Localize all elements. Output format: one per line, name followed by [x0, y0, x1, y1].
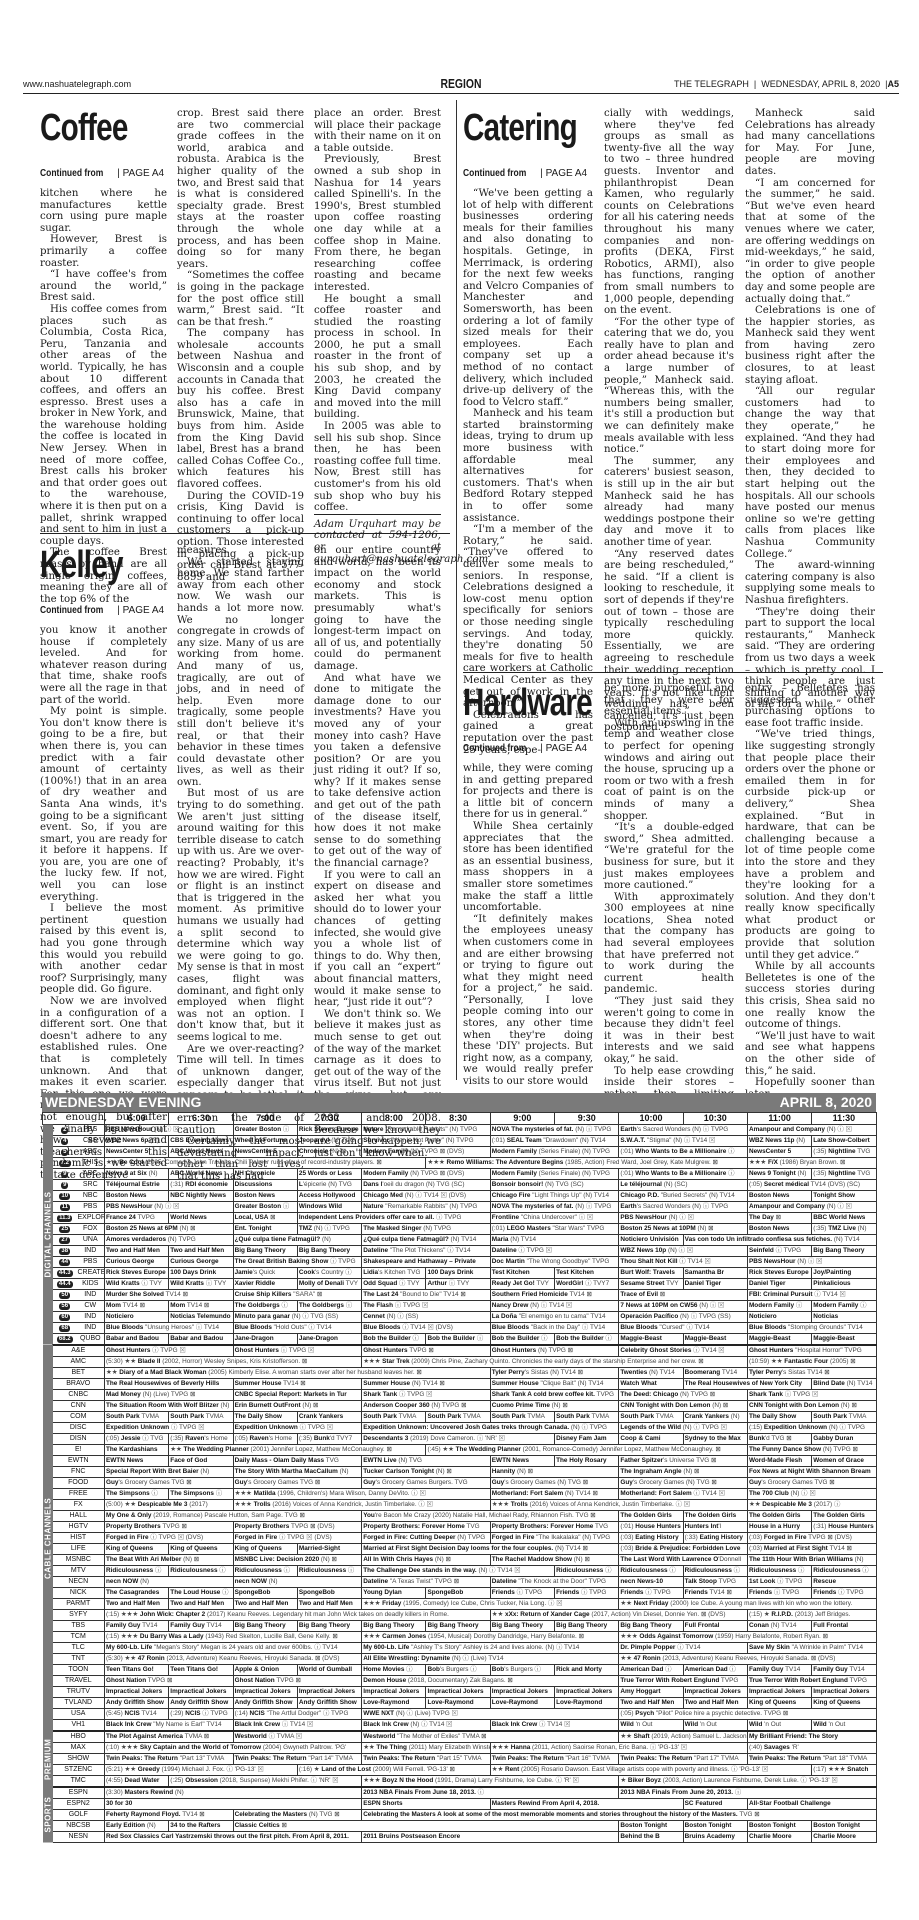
program-listing[interactable]: EWTN News [105, 1456, 169, 1467]
program-listing[interactable]: NewsCenter 5 [747, 1147, 811, 1158]
program-listing[interactable]: All Elite Wrestling: Dynamite (N) ⓘ (Liv… [362, 1654, 619, 1665]
program-listing[interactable]: Love-Raymond [426, 1698, 490, 1709]
program-listing[interactable]: Test Kitchen [490, 1268, 554, 1279]
program-listing[interactable]: Black Ink Crew (N) ⓘ TV14 ⊠ [362, 1720, 491, 1732]
program-listing[interactable]: Nature "Remarkable Rabbits" (N) TVPG [362, 1202, 491, 1213]
continued-page[interactable]: PAGE A4 [546, 743, 588, 754]
program-listing[interactable]: Mom TV14 ⊠ [105, 1301, 169, 1312]
program-listing[interactable]: (:05) Secret médical TV14 (DVS) (SC) [747, 1180, 876, 1191]
program-listing[interactable]: Survivor "War Is Not Pretty" (N) TVPG [362, 1136, 491, 1147]
program-listing[interactable]: Big Bang Theory [297, 1246, 361, 1257]
program-listing[interactable]: Boston 25 News at 6PM (N) ⊠ [105, 1224, 234, 1235]
program-listing[interactable]: ★★ Shaft (2019, Action) Samuel L. Jackso… [619, 1731, 748, 1743]
program-listing[interactable]: Guy's Grocery Games TVG ⊠ [747, 1478, 876, 1489]
program-listing[interactable]: necn News-10 [619, 1577, 683, 1588]
program-listing[interactable]: ABC World News [169, 1147, 233, 1158]
program-listing[interactable]: Summer House TV14 ⊠ [233, 1379, 362, 1390]
program-listing[interactable]: (10:59) ★★ Fantastic Four (2005) ⊠ [747, 1357, 876, 1368]
program-listing[interactable]: Late Show-Colbert [812, 1136, 876, 1147]
program-listing[interactable]: My 600-Lb. Life "Megan's Story" Megan is… [105, 1643, 362, 1654]
program-listing[interactable]: ★★ Next Friday (2000) Ice Cube. A young … [619, 1599, 876, 1610]
program-listing[interactable]: Test Kitchen [555, 1268, 619, 1279]
program-listing[interactable]: ★★ The Wedding Planner (2001) Jennifer L… [169, 1445, 426, 1456]
program-listing[interactable]: Wild 'n Out [747, 1720, 811, 1732]
program-listing[interactable]: Early Edition (N) [105, 1821, 169, 1832]
program-listing[interactable]: Impractical Jokers [812, 1687, 876, 1698]
program-listing[interactable]: Big Bang Theory [555, 1621, 619, 1632]
program-listing[interactable]: Teen Titans Go! [169, 1665, 233, 1676]
program-listing[interactable]: Two and Half Men [297, 1599, 361, 1610]
program-listing[interactable]: L'épicerie (N) TVG [297, 1180, 361, 1191]
program-listing[interactable]: Married-Sight [297, 1544, 361, 1555]
program-listing[interactable]: Rick and Morty [555, 1665, 619, 1676]
program-listing[interactable]: Noticias Telemundo [169, 1312, 233, 1323]
program-listing[interactable]: Forged in Fire ⓘ TVPG ⊠ (DVS) [233, 1533, 362, 1544]
program-listing[interactable]: CNN Tonight with Don Lemon (N) ⊠ [747, 1401, 876, 1412]
program-listing[interactable]: Teen Titans Go! [105, 1665, 169, 1676]
program-listing[interactable]: NOVA The mysteries of fat. (N) ⓘ TVPG [490, 1202, 619, 1213]
program-listing[interactable]: Impractical Jokers [362, 1687, 426, 1698]
program-listing[interactable]: Cennet (N) ⓘ (SS) [362, 1312, 491, 1323]
program-listing[interactable]: CBS Evening News [169, 1136, 233, 1147]
program-listing[interactable]: ★★★ Trolls (2016) Voices of Anna Kendric… [233, 1500, 490, 1511]
program-listing[interactable]: NH Chronicle [233, 1169, 297, 1180]
program-listing[interactable]: Family Guy TV14 [105, 1621, 169, 1632]
program-listing[interactable]: (4:55) Dead Water [105, 1776, 169, 1788]
program-listing[interactable]: Celebrating the Masters (N) TVG ⊠ [233, 1810, 362, 1821]
program-listing[interactable]: Wild 'n Out [619, 1720, 683, 1732]
program-listing[interactable]: Property Brothers: Forever Home TVG [362, 1522, 491, 1533]
program-listing[interactable]: Forged in Fire ⓘ TVPG ⊠ (DVS) [105, 1533, 234, 1544]
program-listing[interactable]: (:01) Who Wants to Be a Millionaire ⓘ [619, 1169, 748, 1180]
program-listing[interactable]: ¿Qué culpa tiene Fatmagül? (N) [233, 1235, 362, 1246]
program-listing[interactable]: Fox News at Night With Shannon Bream [747, 1467, 876, 1478]
program-listing[interactable]: Hunters Int'l [683, 1522, 747, 1533]
program-listing[interactable]: Amores verdaderos (N) TVPG [105, 1235, 234, 1246]
program-listing[interactable]: SC Featured [683, 1799, 747, 1810]
program-listing[interactable]: Property Brothers TVPG ⊠ [105, 1522, 234, 1533]
program-listing[interactable]: Property Brothers TVPG ⊠ (DVS) [233, 1522, 362, 1533]
program-listing[interactable]: Chicago P.D. "Buried Secrets" (N) TV14 [619, 1191, 748, 1202]
program-listing[interactable]: Local, USA ⊠ [233, 1213, 297, 1224]
program-listing[interactable]: Impractical Jokers [426, 1687, 490, 1698]
program-listing[interactable]: Windows Wild [297, 1202, 361, 1213]
program-listing[interactable]: PBS NewsHour (N) ⓘ ⊠ [105, 1202, 234, 1213]
program-listing[interactable]: King of Queens [812, 1698, 876, 1709]
program-listing[interactable]: The Last 24 "Bound to Die" TV14 ⊠ [362, 1290, 491, 1301]
program-listing[interactable]: Doc Martin "The Wrong Goodbye" TVPG [490, 1257, 619, 1268]
program-listing[interactable]: Dr. Pimple Popper ⓘ TV14 [619, 1643, 748, 1654]
program-listing[interactable]: Rick Steves Europe [297, 1125, 361, 1136]
program-listing[interactable]: Big Bang Theory [812, 1246, 876, 1257]
program-listing[interactable]: (:35) Bunk'd TVY7 [297, 1434, 361, 1445]
program-listing[interactable]: (:15) ★★★ Du Barry Was a Lady (1943) Red… [105, 1632, 362, 1643]
program-listing[interactable]: Tonight Show [812, 1191, 876, 1202]
program-listing[interactable]: EWTN News [490, 1456, 554, 1467]
program-listing[interactable]: Ghost Nation TVPG ⊠ [233, 1676, 362, 1687]
program-listing[interactable]: Blue Bloods "Hold Outs" ⓘ TV14 [233, 1323, 362, 1334]
program-listing[interactable]: (:05) Jessie ⓘ TVG [105, 1434, 169, 1445]
program-listing[interactable]: Forged in Fire: Cutting Deeper (N) TVPG [362, 1533, 491, 1544]
program-listing[interactable]: necn NOW (N) [233, 1577, 362, 1588]
program-listing[interactable]: Impractical Jokers [747, 1687, 811, 1698]
program-listing[interactable]: (:29) NCIS ⓘ TVPG [169, 1709, 233, 1720]
program-listing[interactable]: Big Bang Theory [233, 1621, 297, 1632]
program-listing[interactable]: (:31) House Hunters [812, 1522, 876, 1533]
program-listing[interactable]: The Story With Martha MacCallum (N) [233, 1467, 362, 1478]
program-listing[interactable]: Young Dylan [362, 1588, 426, 1599]
program-listing[interactable]: South Park TVMA [812, 1412, 876, 1423]
program-listing[interactable]: 100 Days Drink [169, 1268, 233, 1279]
program-listing[interactable]: Apple & Onion [233, 1665, 297, 1676]
program-listing[interactable]: Modern Family ⓘ [812, 1301, 876, 1312]
program-listing[interactable]: FBI: Criminal Pursuit ⓘ TV14 ⊠ [747, 1290, 876, 1301]
program-listing[interactable]: Maggie-Beast [747, 1334, 811, 1346]
program-listing[interactable]: Talk Stoop TVPG [683, 1577, 747, 1588]
program-listing[interactable]: Amanpour and Company (N) ⓘ ⊠ [747, 1202, 876, 1213]
program-listing[interactable]: Word-Made Flesh [747, 1456, 811, 1467]
program-listing[interactable]: (:03) Eating History [619, 1533, 683, 1544]
program-listing[interactable]: (:01) Who Wants to Be a Millionaire ⓘ [619, 1147, 748, 1158]
program-listing[interactable]: Guy's Grocery Games TVG ⊠ [233, 1478, 362, 1489]
program-listing[interactable]: (:35) Raven's Home [169, 1434, 233, 1445]
program-listing[interactable]: (:25) Obsession (2018, Suspense) Mekhi P… [169, 1776, 362, 1788]
program-listing[interactable]: Full Frontal [812, 1621, 876, 1632]
program-listing[interactable]: Boston 25 News at 10PM (N) ⊠ [619, 1224, 748, 1235]
program-listing[interactable]: Sydney to the Max [683, 1434, 747, 1445]
program-listing[interactable]: Curious George [105, 1257, 169, 1268]
program-listing[interactable]: ★★ 47 Ronin (2013, Adventure) Keanu Reev… [619, 1654, 876, 1665]
program-listing[interactable]: Home Movies ⓘ [362, 1665, 426, 1676]
program-listing[interactable]: S.W.A.T. "Stigma" (N) ⓘ TV14 ⊠ [619, 1136, 748, 1147]
program-listing[interactable]: Friends TV14 ⊠ [683, 1588, 747, 1599]
program-listing[interactable]: ★★★ F/X (1986) Bryan Brown. ⊠ [747, 1158, 876, 1169]
program-listing[interactable]: WordGirl ⓘ TVY7 [555, 1279, 619, 1290]
program-listing[interactable]: Conan (N) TV14 [747, 1621, 811, 1632]
program-listing[interactable]: Ridiculousness ⓘ [619, 1566, 683, 1577]
program-listing[interactable]: True Terror With Robert Englund TVPG [747, 1676, 876, 1687]
program-listing[interactable]: The Golden Girls [747, 1511, 811, 1522]
program-listing[interactable]: Twin Peaks: The Return "Part 14" TVMA [233, 1754, 362, 1765]
program-listing[interactable]: Pinkalicious [812, 1279, 876, 1290]
program-listing[interactable]: Family Guy TV14 [747, 1665, 811, 1676]
program-listing[interactable]: My Brilliant Friend: The Story [747, 1731, 876, 1743]
program-listing[interactable]: Andy Griffith Show [297, 1698, 361, 1709]
program-listing[interactable]: Guy's Grocery Games (N) TVG ⊠ [490, 1478, 619, 1489]
program-listing[interactable]: Two and Half Men [105, 1246, 169, 1257]
program-listing[interactable]: Access Hollywood [297, 1191, 361, 1202]
program-listing[interactable]: Impractical Jokers [297, 1687, 361, 1698]
program-listing[interactable]: The 11th Hour With Brian Williams (N) [747, 1555, 876, 1566]
program-listing[interactable]: South Park TVMA [426, 1412, 490, 1423]
program-listing[interactable]: The Holy Rosary [555, 1456, 619, 1467]
program-listing[interactable]: (:16) ★ Land of the Lost (2009) Will Fer… [297, 1765, 490, 1776]
program-listing[interactable]: The 700 Club (N) ⓘ ⊠ [747, 1489, 876, 1500]
program-listing[interactable]: (:03) Bride & Prejudice: Forbidden Love [619, 1544, 748, 1555]
program-listing[interactable]: Blue Bloods ⓘ TV14 ⊠ (DVS) [362, 1323, 491, 1334]
program-listing[interactable]: (5:30) ★★ 47 Ronin (2013, Adventure) Kea… [105, 1654, 362, 1665]
program-listing[interactable]: Maria (N) TV14 [490, 1235, 619, 1246]
program-listing[interactable]: Boston Tonight [683, 1821, 747, 1832]
program-listing[interactable]: King of Queens [169, 1544, 233, 1555]
program-listing[interactable]: The Loud House ⓘ [169, 1588, 233, 1599]
program-listing[interactable]: Andy Griffith Show [169, 1698, 233, 1709]
program-listing[interactable]: PBS NewsHour (N) ⓘ ⊠ [105, 1125, 234, 1136]
program-listing[interactable]: (:10) ★★★ Sky Captain and the World of T… [105, 1743, 362, 1754]
program-listing[interactable]: Dateline ⓘ TVPG ⊠ [490, 1246, 619, 1257]
program-listing[interactable]: WWE NXT (N) ⓘ (Live) TVPG ⊠ [362, 1709, 619, 1720]
program-listing[interactable]: SpongeBob [426, 1588, 490, 1599]
program-listing[interactable]: Daily Mass - Olam Daily Mass TVG [233, 1456, 362, 1467]
program-listing[interactable]: Black Ink Crew ⓘ TV14 ⊠ [233, 1720, 362, 1732]
program-listing[interactable]: (:35) Nightline TVG [812, 1147, 876, 1158]
program-listing[interactable]: (:15) Expedition Unknown (N) ⓘ TVPG [747, 1423, 876, 1434]
program-listing[interactable]: necn NOW (N) [105, 1577, 234, 1588]
program-listing[interactable]: Westworld "The Mother of Exiles" TVMA ⊠ [362, 1731, 619, 1743]
program-listing[interactable]: Face of God [169, 1456, 233, 1467]
program-listing[interactable]: ★★★ Hanna (2011, Action) Saoirse Ronan, … [490, 1743, 747, 1754]
program-listing[interactable]: Xavier Riddle [233, 1279, 297, 1290]
program-listing[interactable]: True Terror With Robert Englund TVPG [619, 1676, 748, 1687]
program-listing[interactable]: Impractical Jokers [683, 1687, 747, 1698]
program-listing[interactable]: The Real Housewives of New York City [683, 1379, 812, 1390]
program-listing[interactable]: Friends ⓘ TVPG [555, 1588, 619, 1599]
program-listing[interactable]: Motherland: Fort Salem (N) TV14 ⊠ [490, 1489, 619, 1500]
program-listing[interactable]: Two and Half Men [169, 1599, 233, 1610]
program-listing[interactable]: The Casagrandes [105, 1588, 169, 1599]
program-listing[interactable]: Love-Raymond [555, 1698, 619, 1709]
program-listing[interactable]: CNN Tonight with Don Lemon (N) ⊠ [619, 1401, 748, 1412]
program-listing[interactable]: Shark Tank A cold brew coffee kit. TVPG [490, 1390, 619, 1401]
program-listing[interactable]: Maggie-Beast [619, 1334, 683, 1346]
program-listing[interactable]: American Dad ⓘ [683, 1665, 747, 1676]
program-listing[interactable]: Maggie-Beast [812, 1334, 876, 1346]
program-listing[interactable]: Earth's Sacred Wonders (N) ⓘ TVPG [619, 1125, 748, 1136]
program-listing[interactable]: (:45) ★★ The Wedding Planner (2001, Roma… [426, 1445, 747, 1456]
program-listing[interactable]: The Situation Room With Wolf Blitzer (N) [105, 1401, 234, 1412]
program-listing[interactable]: WBZ News 11p (N) [747, 1136, 811, 1147]
program-listing[interactable]: Coop & Cami [619, 1434, 683, 1445]
program-listing[interactable]: NOVA The mysteries of fat. (N) ⓘ TVPG [490, 1125, 619, 1136]
program-listing[interactable]: The Golden Girls [683, 1511, 747, 1522]
program-listing[interactable]: Love-Raymond [490, 1698, 554, 1709]
program-listing[interactable]: Bob's Burgers ⓘ [426, 1665, 490, 1676]
program-listing[interactable]: Father Spitzer's Universe TVG ⊠ [619, 1456, 748, 1467]
program-listing[interactable]: ★★★ Matilda (1996, Children's) Mara Wils… [233, 1489, 490, 1500]
program-listing[interactable]: Noticias [812, 1312, 876, 1323]
program-listing[interactable]: Guy's Grocery Games TVG ⊠ [105, 1478, 234, 1489]
program-listing[interactable]: Earth's Sacred Wonders (N) ⓘ TVPG [619, 1202, 748, 1213]
program-listing[interactable]: Amy Hoggart [619, 1687, 683, 1698]
program-listing[interactable]: ★★★ Star Trek (2009) Chris Pine, Zachary… [362, 1357, 748, 1368]
program-listing[interactable]: Ridiculousness ⓘ [747, 1566, 811, 1577]
program-listing[interactable]: Guy's Grocery Games Burgers. TVG [362, 1478, 491, 1489]
program-listing[interactable]: Friends ⓘ TVPG [747, 1588, 811, 1599]
program-listing[interactable]: South Park TVMA [362, 1412, 426, 1423]
program-listing[interactable]: Independent Lens Providers offer care to… [297, 1213, 490, 1224]
program-listing[interactable]: (5:30) ★★ Blade II (2002, Horror) Wesley… [105, 1357, 362, 1368]
program-listing[interactable]: ★★★ Odds Against Tomorrow (1959) Harry B… [619, 1632, 876, 1643]
continued-page[interactable]: PAGE A4 [123, 168, 165, 179]
program-listing[interactable]: Erin Burnett OutFront (N) ⊠ [233, 1401, 362, 1412]
program-listing[interactable]: Shark Tank ⓘ TVPG ⊠ [747, 1390, 876, 1401]
program-listing[interactable]: NewsCenter 5 [105, 1147, 169, 1158]
program-listing[interactable]: (:15) ★ R.I.P.D. (2013) Jeff Bridges. [747, 1610, 876, 1621]
program-listing[interactable]: Bonsoir bonsoir! (N) TVG (SC) [490, 1180, 619, 1191]
program-listing[interactable]: Ridiculousness ⓘ [105, 1566, 169, 1577]
program-listing[interactable]: Blue Bloods "Back in the Day" ⓘ TV14 [490, 1323, 619, 1334]
program-listing[interactable]: Boston News [105, 1191, 169, 1202]
program-listing[interactable]: Impractical Jokers [490, 1687, 554, 1698]
program-listing[interactable]: Téléjournal Estrie [105, 1180, 169, 1191]
program-listing[interactable]: Ridiculousness ⓘ [812, 1566, 876, 1577]
program-listing[interactable]: Big Bang Theory [490, 1621, 554, 1632]
program-listing[interactable]: 2013 NBA Finals From June 20, 2013. ⓘ [619, 1787, 876, 1799]
program-listing[interactable]: ★★ The Thing (2011) Mary Elizabeth Winst… [362, 1743, 491, 1754]
program-listing[interactable]: (:05) Psych "Pilot" Police hire a psychi… [619, 1709, 876, 1720]
program-listing[interactable]: Ghost Hunters TVPG ⊠ [362, 1345, 491, 1357]
program-listing[interactable]: Friends ⓘ TVPG [619, 1588, 683, 1599]
program-listing[interactable]: Expedition Unknown ⓘ TVPG ⊠ [233, 1423, 362, 1434]
program-listing[interactable]: Vas con todo Un infiltrado confiesa sus … [683, 1235, 876, 1246]
program-listing[interactable]: Andy Griffith Show [105, 1698, 169, 1709]
program-listing[interactable]: The Daily Show [233, 1412, 297, 1423]
program-listing[interactable]: The Funny Dance Show (N) TVPG ⊠ [747, 1445, 876, 1456]
program-listing[interactable]: BBC World News [812, 1213, 876, 1224]
program-listing[interactable]: ★★ Be Cool (2005, Comedy) John Travolta.… [105, 1158, 426, 1169]
program-listing[interactable]: King of Queens [105, 1544, 169, 1555]
program-listing[interactable]: Ridiculousness ⓘ [555, 1566, 619, 1577]
program-listing[interactable]: Twin Peaks: The Return "Part 15" TVMA [362, 1754, 491, 1765]
program-listing[interactable]: Bunk'd TVG ⊠ [747, 1434, 811, 1445]
program-listing[interactable]: Frontline "China Undercover" ⓘ ⊠ [490, 1213, 619, 1224]
program-listing[interactable]: Celebrity Ghost Stories ⓘ TV14 ⊠ [619, 1345, 748, 1357]
program-listing[interactable]: Daniel Tiger [747, 1279, 811, 1290]
program-listing[interactable]: Dateline "A Texas Twist" TVPG ⊠ [362, 1577, 491, 1588]
program-listing[interactable]: (:33) Eating History [683, 1533, 747, 1544]
program-listing[interactable]: NewsCenter 5 [233, 1147, 297, 1158]
program-listing[interactable]: Trace of Evil ⊠ [619, 1290, 748, 1301]
program-listing[interactable]: Feherty Raymond Floyd. TV14 ⊠ [105, 1810, 234, 1821]
program-listing[interactable]: France 24 TVPG [105, 1213, 169, 1224]
program-listing[interactable]: (:03) Married at First Sight TV14 ⊠ [747, 1544, 876, 1555]
program-listing[interactable]: Samantha Br [683, 1268, 747, 1279]
program-listing[interactable]: (:31) RDI économie [169, 1180, 233, 1191]
program-listing[interactable]: Westworld ⓘ TVMA ⊠ [233, 1731, 362, 1743]
program-listing[interactable]: Twin Peaks: The Return "Part 18" TVMA [747, 1754, 876, 1765]
program-listing[interactable]: Bob the Builder ⓘ [555, 1334, 619, 1346]
program-listing[interactable]: (5:00) ★★ Despicable Me 3 (2017) [105, 1500, 234, 1511]
program-listing[interactable]: Gabby Duran [812, 1434, 876, 1445]
program-listing[interactable]: South Park TVMA [105, 1412, 169, 1423]
program-listing[interactable]: Wheel of Fortune [233, 1136, 297, 1147]
program-listing[interactable]: Modern Family (N) TVPG ⊠ (DVS) [362, 1147, 491, 1158]
program-listing[interactable]: EWTN Live (N) TVG [362, 1456, 491, 1467]
program-listing[interactable]: Greater Boston ⓘ [233, 1125, 297, 1136]
program-listing[interactable]: Curious George [169, 1257, 233, 1268]
program-listing[interactable]: Black Ink Crew "My Name is Earl" TV14 [105, 1720, 234, 1732]
program-listing[interactable]: Rick Steves Europe [105, 1268, 169, 1279]
program-listing[interactable]: South Park TVMA [169, 1412, 233, 1423]
program-listing[interactable]: La Doña "El enemigo en tu cama" TV14 [490, 1312, 619, 1323]
program-listing[interactable]: Blind Date (N) TV14 [812, 1379, 876, 1390]
program-listing[interactable]: Modern Family (Series Finale) (N) TVPG [490, 1169, 619, 1180]
program-listing[interactable]: Two and Half Men [169, 1246, 233, 1257]
program-listing[interactable]: Chicago Med (N) ⓘ TV14 ⊠ (DVS) [362, 1191, 491, 1202]
program-listing[interactable]: Women of Grace [812, 1456, 876, 1467]
program-listing[interactable]: Property Brothers: Forever Home TVG [490, 1522, 619, 1533]
program-listing[interactable]: PBS NewsHour (N) ⓘ ⊠ [747, 1257, 876, 1268]
program-listing[interactable]: Blue Bloods "Stomping Grounds" TV14 [747, 1323, 876, 1334]
program-listing[interactable]: Big Bang Theory [233, 1246, 297, 1257]
program-listing[interactable]: Big Bang Theory [362, 1621, 426, 1632]
program-listing[interactable]: The Golden Girls [812, 1511, 876, 1522]
program-listing[interactable]: Crank Yankers [297, 1412, 361, 1423]
program-listing[interactable]: Ghost Hunters "Hospital Horror" TVPG [747, 1345, 876, 1357]
program-listing[interactable]: South Park TVMA [619, 1412, 683, 1423]
program-listing[interactable]: Nancy Drew (N) ⓘ TV14 ⊠ [490, 1301, 619, 1312]
program-listing[interactable]: Two and Half Men [105, 1599, 169, 1610]
program-listing[interactable]: ¿Qué culpa tiene Fatmagül? (N) TV14 [362, 1235, 491, 1246]
program-listing[interactable]: Blue Bloods "Unsung Heroes" ⓘ TV14 [105, 1323, 234, 1334]
program-listing[interactable]: Noticiero [747, 1312, 811, 1323]
program-listing[interactable]: ★★★ Remo Williams: The Adventure Begins … [426, 1158, 747, 1169]
program-listing[interactable]: News 9 Tonight (N) [747, 1169, 811, 1180]
program-listing[interactable]: The Last Word With Lawrence O'Donnell [619, 1555, 748, 1566]
program-listing[interactable]: World of Gumball [297, 1665, 361, 1676]
program-listing[interactable]: Twin Peaks: The Return "Part 13" TVMA [105, 1754, 234, 1765]
program-listing[interactable]: Impractical Jokers [233, 1687, 297, 1698]
program-listing[interactable]: (:01) SEAL Team "Drawdown" (N) TV14 [490, 1136, 619, 1147]
program-listing[interactable]: Amanpour and Company (N) ⓘ ⊠ [747, 1125, 876, 1136]
program-listing[interactable]: Save My Skin "A Wrinkle in Palm" TV14 [747, 1643, 876, 1654]
program-listing[interactable]: Babar and Badou [169, 1334, 233, 1346]
program-listing[interactable]: (:03) Forged in Fire TVPG ⊠ (DVS) [747, 1533, 876, 1544]
program-listing[interactable]: Ent. Tonight [233, 1224, 297, 1235]
program-listing[interactable]: Minuto para ganar (N) ⓘ TVG (SS) [233, 1312, 362, 1323]
program-listing[interactable]: (:40) Savages 'R' [747, 1743, 876, 1754]
program-listing[interactable]: (:35) TMZ Live (N) [812, 1224, 876, 1235]
program-listing[interactable]: The Flash ⓘ TVPG ⊠ [362, 1301, 491, 1312]
program-listing[interactable]: Classic Celtics ⊠ [233, 1821, 619, 1832]
program-listing[interactable]: WBZ News 6p (N) [105, 1136, 169, 1147]
program-listing[interactable]: The Kardashians [105, 1445, 169, 1456]
program-listing[interactable]: Chronicle (N) ⊠ [297, 1147, 361, 1158]
program-listing[interactable]: The Goldbergs ⓘ [233, 1301, 297, 1312]
program-listing[interactable]: Wild Kratts ⓘ TVY [169, 1279, 233, 1290]
program-listing[interactable]: Murder She Solved TV14 ⊠ [105, 1290, 234, 1301]
program-listing[interactable]: Boston News [747, 1191, 811, 1202]
program-listing[interactable]: Arthur ⓘ TVY [426, 1279, 490, 1290]
program-listing[interactable]: News 9 at Six (N) [105, 1169, 169, 1180]
program-listing[interactable]: SpongeBob [297, 1588, 361, 1599]
program-listing[interactable]: Special Report With Bret Baier (N) [105, 1467, 234, 1478]
program-listing[interactable]: Noticiero Univisión [619, 1235, 683, 1246]
program-listing[interactable]: Tyler Perry's Sistas (N) TV14 ⊠ [490, 1368, 619, 1379]
continued-page[interactable]: PAGE A4 [546, 168, 588, 179]
program-listing[interactable]: Impractical Jokers [169, 1687, 233, 1698]
program-listing[interactable]: Wild 'n Out [683, 1720, 747, 1732]
program-listing[interactable]: Ridiculousness ⓘ [169, 1566, 233, 1577]
program-listing[interactable]: Tyler Perry's Sistas TV14 ⊠ [747, 1368, 876, 1379]
program-listing[interactable]: South Park TVMA [555, 1412, 619, 1423]
program-listing[interactable]: Expedition Unknown: Uncovered Josh Gates… [362, 1423, 619, 1434]
program-listing[interactable]: Southern Fried Homicide TV14 ⊠ [490, 1290, 619, 1301]
program-listing[interactable]: The Daily Show [747, 1412, 811, 1423]
program-listing[interactable]: South Park TVMA [490, 1412, 554, 1423]
program-listing[interactable]: Demon House (2018, Documentary) Zak Baga… [362, 1676, 619, 1687]
program-listing[interactable]: All-Star Football Challenge [747, 1799, 876, 1810]
